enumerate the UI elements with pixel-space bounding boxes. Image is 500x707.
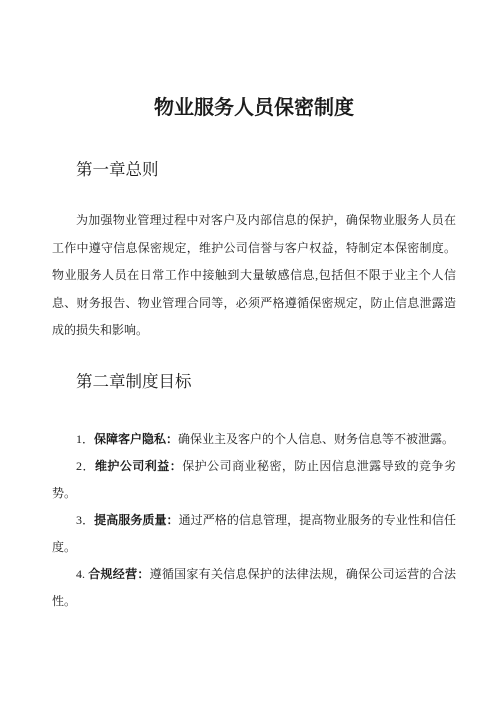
goal-item-1: 1．保障客户隐私：确保业主及客户的个人信息、财务信息等不被泄露。 xyxy=(52,426,456,453)
chapter-1-paragraph: 为加强物业管理过程中对客户及内部信息的保护，确保物业服务人员在工作中遵守信息保密… xyxy=(52,207,456,345)
goal-item-2-label: 维护公司利益： xyxy=(95,459,182,473)
goal-item-2-number: 2． xyxy=(76,459,95,473)
goal-item-4-number: 4. xyxy=(76,567,88,581)
goal-item-2: 2．维护公司利益：保护公司商业秘密，防止因信息泄露导致的竞争劣势。 xyxy=(52,453,456,507)
chapter-1-heading: 第一章总则 xyxy=(52,158,456,182)
chapter-2-heading: 第二章制度目标 xyxy=(52,370,456,394)
document-title: 物业服务人员保密制度 xyxy=(52,94,456,122)
document-page: 物业服务人员保密制度 第一章总则 为加强物业管理过程中对客户及内部信息的保护，确… xyxy=(0,0,500,707)
goal-item-1-label: 保障客户隐私： xyxy=(94,432,178,446)
goal-item-4-label: 合规经营： xyxy=(88,567,149,581)
goal-item-3-label: 提高服务质量： xyxy=(94,513,178,527)
goal-item-4: 4. 合规经营：遵循国家有关信息保护的法律法规，确保公司运营的合法性。 xyxy=(52,561,456,615)
goal-item-1-text: 确保业主及客户的个人信息、财务信息等不被泄露。 xyxy=(178,432,454,446)
goal-list: 1．保障客户隐私：确保业主及客户的个人信息、财务信息等不被泄露。 2．维护公司利… xyxy=(52,426,456,615)
goal-item-3-number: 3． xyxy=(76,513,94,527)
goal-item-3: 3．提高服务质量：通过严格的信息管理，提高物业服务的专业性和信任度。 xyxy=(52,507,456,561)
goal-item-1-number: 1． xyxy=(76,432,94,446)
